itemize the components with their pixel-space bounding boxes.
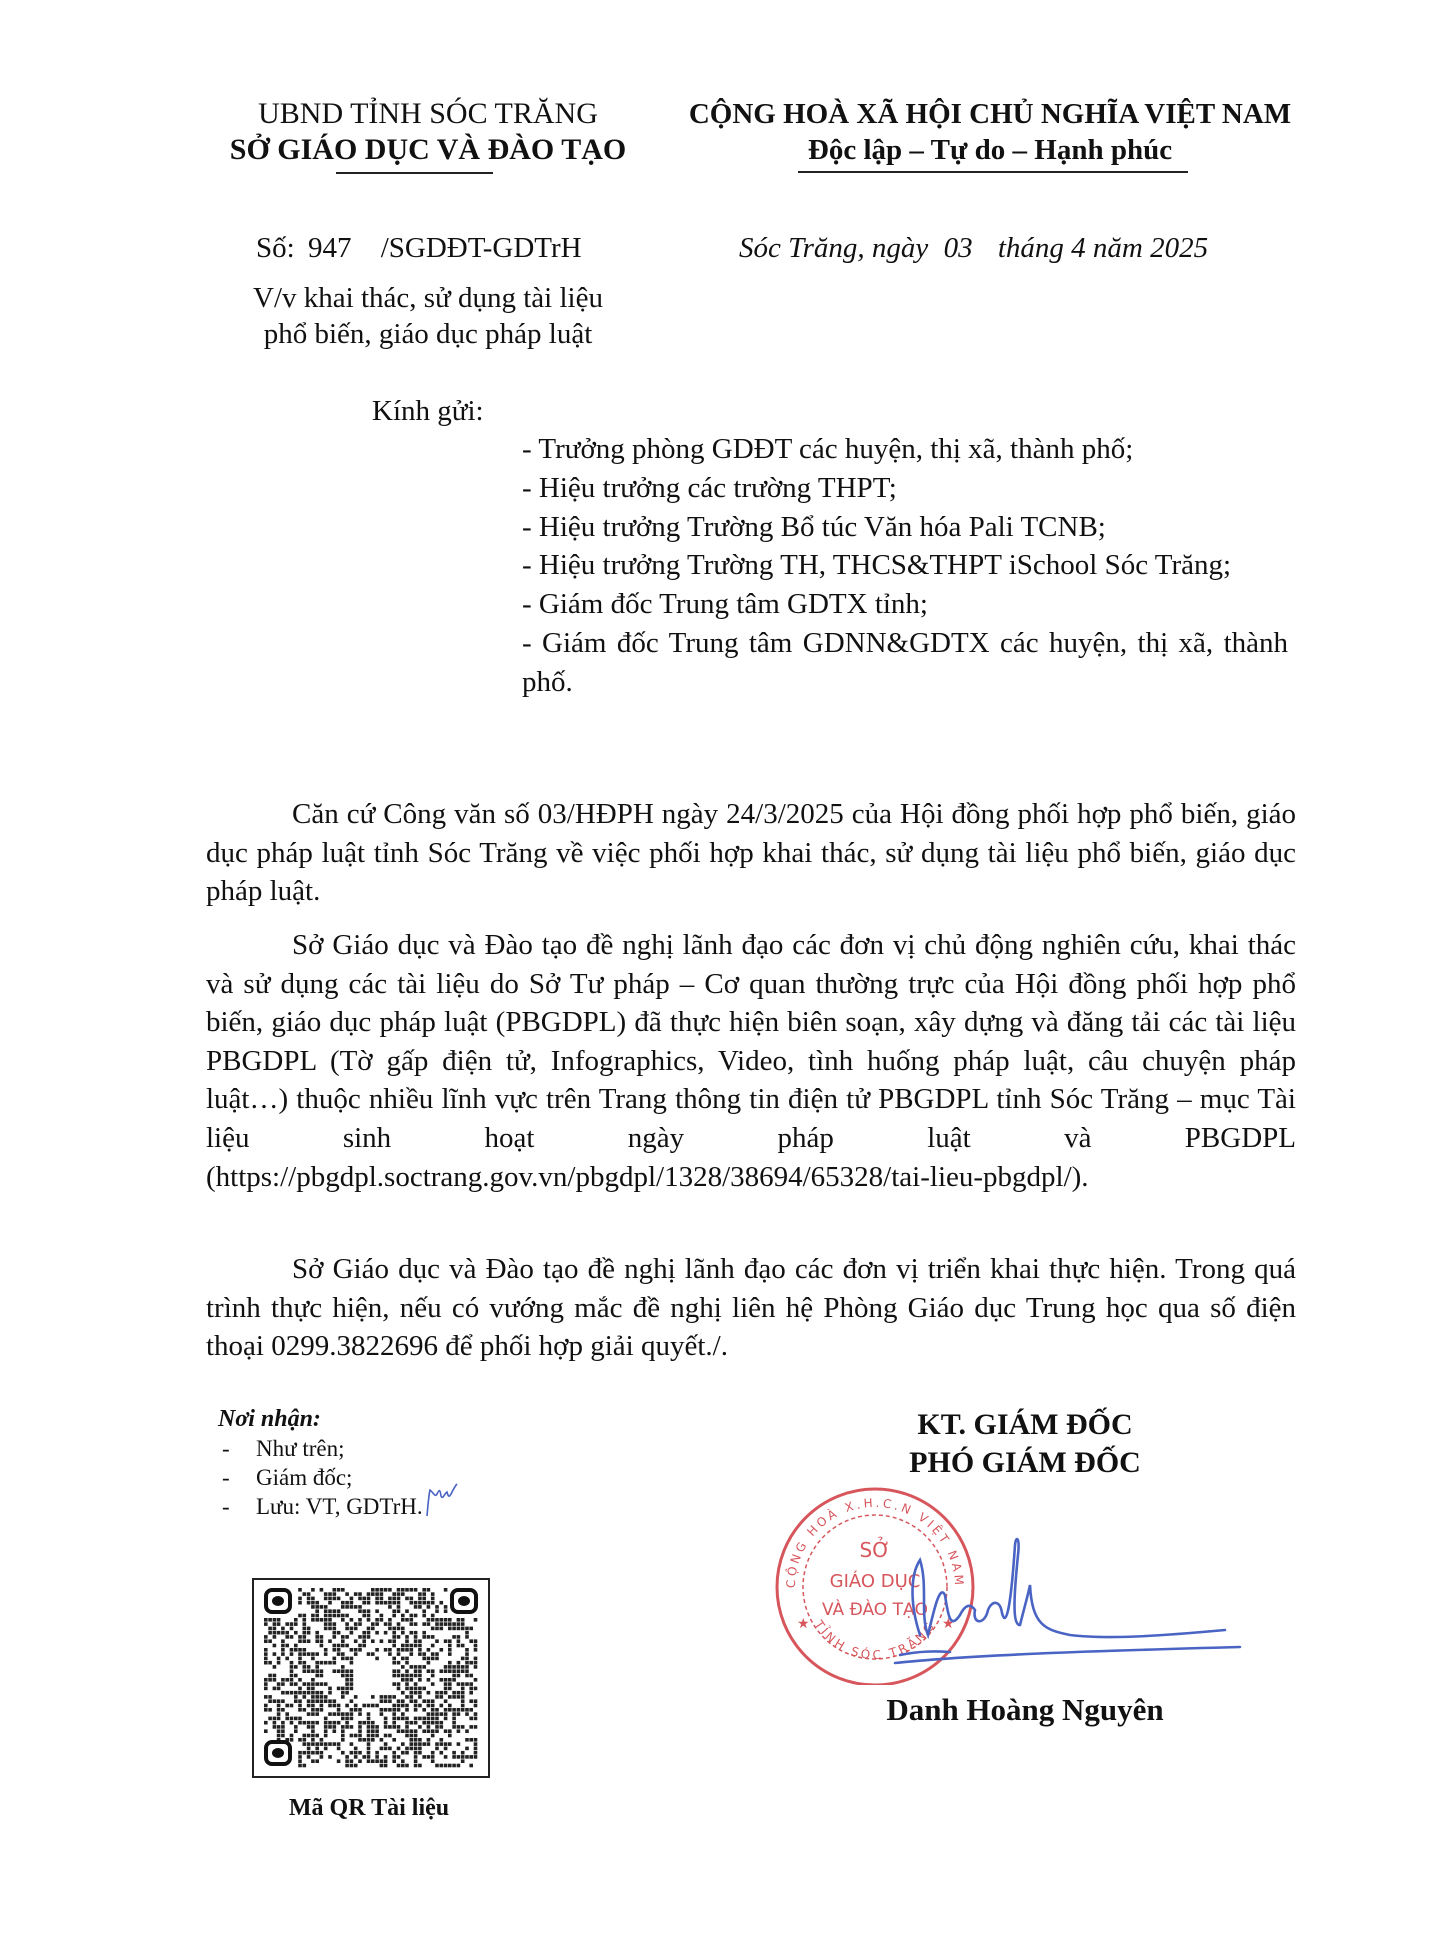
signer-name: Danh Hoàng Nguyên: [780, 1692, 1270, 1728]
body-paragraph-2: Sở Giáo dục và Đào tạo đề nghị lãnh đạo …: [206, 926, 1296, 1196]
signature-title-1: KT. GIÁM ĐỐC: [780, 1406, 1270, 1444]
national-title-block: CỘNG HOÀ XÃ HỘI CHỦ NGHĨA VIỆT NAM Độc l…: [660, 96, 1320, 168]
date-month-year: tháng 4 năm 2025: [998, 232, 1208, 264]
recipient-item: - Giám đốc Trung tâm GDTX tỉnh;: [522, 585, 1288, 624]
date-place: Sóc Trăng, ngày: [739, 232, 928, 264]
svg-text:GIÁO DỤC: GIÁO DỤC: [830, 1570, 921, 1592]
body-paragraph-1: Căn cứ Công văn số 03/HĐPH ngày 24/3/202…: [206, 795, 1296, 911]
doc-number-prefix: Số:: [256, 232, 295, 264]
svg-text:★: ★: [942, 1617, 955, 1632]
body-paragraph-3: Sở Giáo dục và Đào tạo đề nghị lãnh đạo …: [206, 1250, 1296, 1366]
recipient-item: - Hiệu trưởng Trường TH, THCS&THPT iScho…: [522, 546, 1288, 585]
qr-caption: Mã QR Tài liệu: [232, 1795, 506, 1822]
issuer-department: SỞ GIÁO DỤC VÀ ĐÀO TẠO: [200, 132, 656, 168]
date-day: 03: [944, 232, 973, 264]
national-motto: Độc lập – Tự do – Hạnh phúc: [660, 132, 1320, 168]
issuer-parent-agency: UBND TỈNH SÓC TRĂNG: [200, 96, 656, 132]
doc-number-suffix: /SGDĐT-GDTrH: [381, 232, 582, 264]
stamp-and-signature: CỘNG HOÀ X.H.C.N VIỆT NAM TỈNH SÓC TRĂNG…: [770, 1485, 1250, 1685]
recipient-list: - Trưởng phòng GDĐT các huyện, thị xã, t…: [522, 430, 1288, 702]
svg-text:SỞ: SỞ: [860, 1537, 891, 1562]
subject-block: V/v khai thác, sử dụng tài liệu phổ biến…: [200, 280, 656, 352]
signature-title-2: PHÓ GIÁM ĐỐC: [780, 1444, 1270, 1482]
qr-code-icon: [264, 1588, 478, 1768]
official-stamp-icon: CỘNG HOÀ X.H.C.N VIỆT NAM TỈNH SÓC TRĂNG…: [777, 1489, 973, 1685]
subject-line-2: phổ biến, giáo dục pháp luật: [200, 316, 656, 352]
recipient-item: - Trưởng phòng GDĐT các huyện, thị xã, t…: [522, 430, 1288, 469]
doc-number-value: 947: [308, 232, 352, 264]
recipients-footer: Nơi nhận: -Như trên; -Giám đốc; -Lưu: VT…: [218, 1405, 461, 1521]
recipient-item: - Hiệu trưởng các trường THPT;: [522, 469, 1288, 508]
qr-code[interactable]: [252, 1578, 490, 1778]
recipient-item: - Hiệu trưởng Trường Bổ túc Văn hóa Pali…: [522, 508, 1288, 547]
noi-nhan-title: Nơi nhận:: [218, 1405, 461, 1434]
issuer-underline: [336, 172, 493, 174]
noi-nhan-item: -Như trên;: [218, 1434, 461, 1463]
salutation: Kính gửi:: [372, 392, 484, 431]
svg-text:★: ★: [797, 1617, 810, 1632]
motto-underline: [798, 171, 1188, 173]
national-title: CỘNG HOÀ XÃ HỘI CHỦ NGHĨA VIỆT NAM: [660, 96, 1320, 132]
signature-titles: KT. GIÁM ĐỐC PHÓ GIÁM ĐỐC: [780, 1406, 1270, 1482]
issuer-block: UBND TỈNH SÓC TRĂNG SỞ GIÁO DỤC VÀ ĐÀO T…: [200, 96, 656, 168]
initials-scribble-icon: [421, 1480, 461, 1520]
svg-text:TỈNH SÓC TRĂNG: TỈNH SÓC TRĂNG: [811, 1617, 938, 1662]
subject-line-1: V/v khai thác, sử dụng tài liệu: [200, 280, 656, 316]
date-line: Sóc Trăng, ngày 03 tháng 4 năm 2025: [739, 229, 1208, 268]
recipient-item: - Giám đốc Trung tâm GDNN&GDTX các huyện…: [522, 624, 1288, 702]
document-number: Số: 947 /SGDĐT-GDTrH: [256, 229, 582, 268]
noi-nhan-item: -Lưu: VT, GDTrH.: [218, 1492, 461, 1521]
